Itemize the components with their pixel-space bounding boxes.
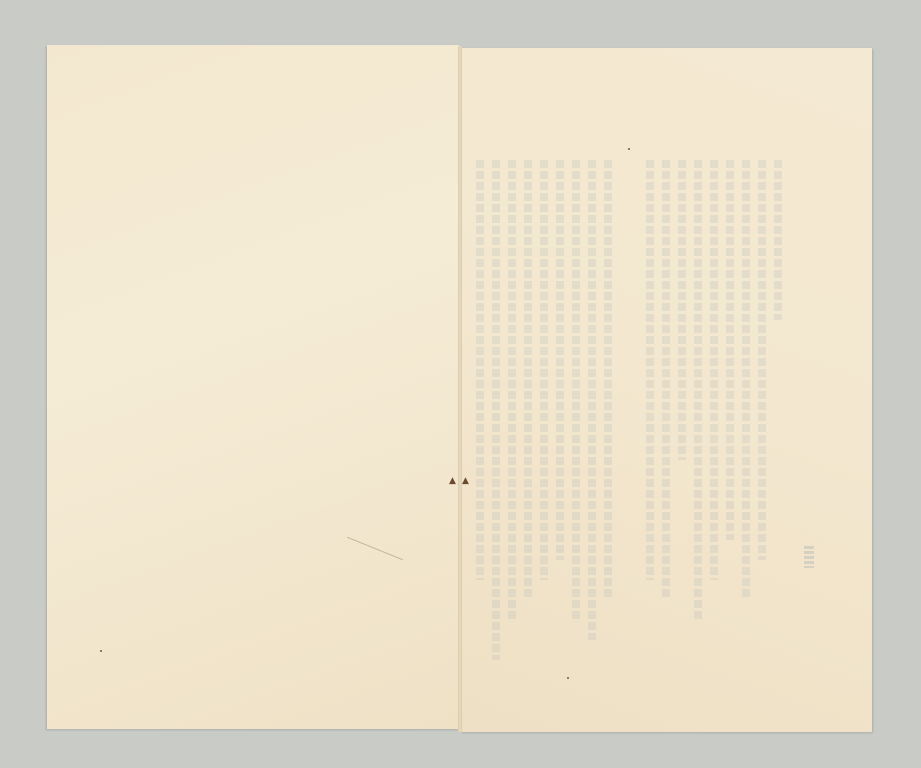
page-number: [804, 546, 814, 568]
left-page: [47, 45, 459, 729]
book-spine: [458, 46, 462, 732]
staple-right: ▲: [462, 476, 469, 486]
paper-speck: [567, 677, 569, 679]
paper-speck: [100, 650, 102, 652]
paper-speck: [628, 148, 630, 150]
staple-left: ▲: [449, 476, 456, 486]
